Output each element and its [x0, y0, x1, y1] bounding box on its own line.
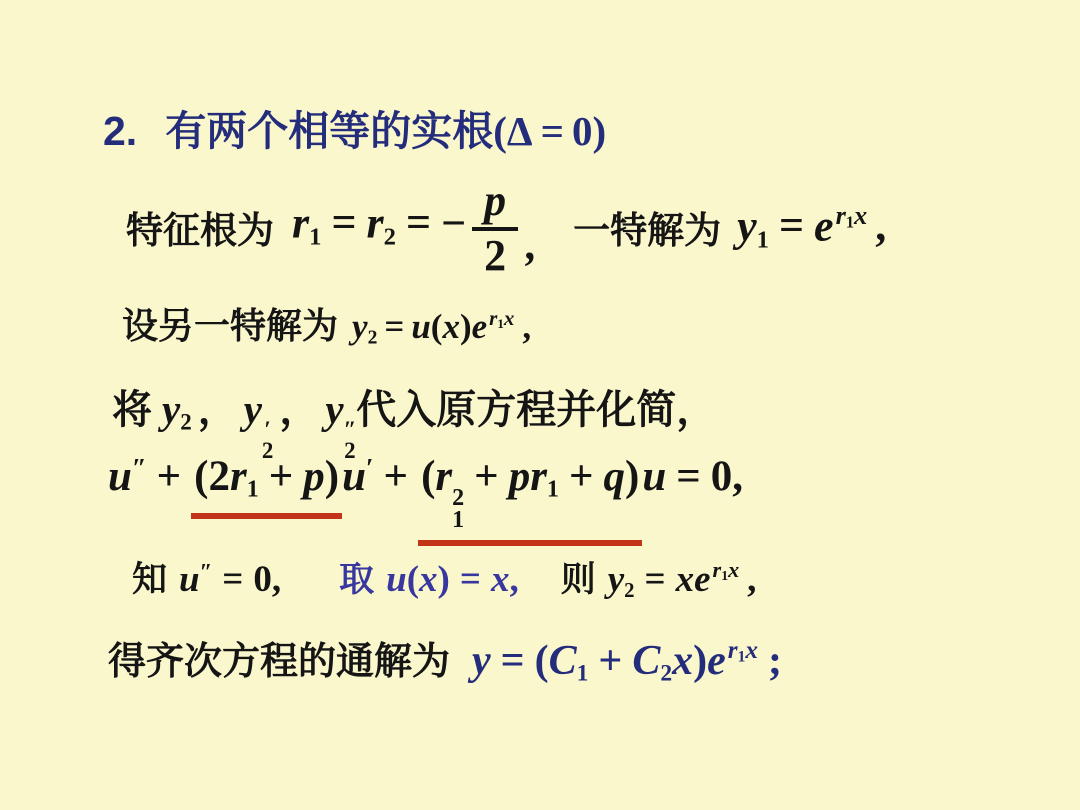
math-token: y: [608, 559, 624, 600]
equals-sign: =: [460, 559, 481, 600]
math-token: y: [325, 386, 343, 432]
paren-close: ): [625, 453, 639, 500]
math-token: r: [367, 198, 384, 247]
paren-close: ): [693, 638, 707, 684]
exponent-r1x: r1x: [713, 557, 740, 582]
label-characteristic-roots: 特征根为: [126, 200, 274, 254]
math-subscript: 1: [846, 212, 854, 231]
formula-y2-double-prime-token: y″2: [325, 386, 356, 432]
fraction-numerator: p: [472, 177, 518, 231]
math-token: C: [549, 638, 577, 684]
comma: ,: [522, 307, 531, 346]
math-token: 0,: [253, 559, 281, 600]
slide-title: 2.有两个相等的实根(Δ=0): [103, 98, 606, 157]
formula-roots: r1=r2=−p2: [292, 177, 524, 278]
math-token: u: [342, 453, 366, 500]
math-subscript: 2: [624, 580, 634, 602]
comma: ,: [526, 219, 537, 270]
math-token: 2: [209, 453, 231, 500]
take-segment: 取u(x)=x,: [339, 560, 519, 599]
label-particular-solution: 一特解为: [573, 200, 721, 254]
plus-sign: +: [598, 638, 622, 684]
math-token: e: [707, 638, 726, 684]
slide: 2.有两个相等的实根(Δ=0) 特征根为 r1=r2=−p2 , 一特解为 y1…: [0, 0, 1080, 810]
formula-u-double-prime: u″=0,: [179, 559, 281, 600]
semicolon: ;: [768, 638, 782, 684]
exponent-r1x: r1x: [728, 637, 758, 664]
math-subscript: 1: [247, 477, 259, 503]
math-subscript: 2: [368, 327, 378, 348]
paren-close: ): [592, 108, 606, 154]
label-take: 取: [339, 560, 374, 599]
plus-sign: +: [157, 453, 182, 500]
math-token: r: [530, 453, 547, 500]
math-subscript: 1: [309, 223, 321, 250]
math-token: r: [728, 637, 738, 664]
comma: ,: [875, 201, 886, 250]
then-segment: 则y2=xer1x,: [561, 560, 757, 599]
math-token: p: [303, 453, 325, 500]
equals-sign: =: [676, 453, 701, 500]
paren-open: (: [431, 307, 443, 346]
superscript-over-subscript: 21: [452, 488, 464, 531]
exponent-r1x: r1x: [489, 306, 514, 330]
math-token: y: [352, 307, 368, 346]
title-text: 有两个相等的实根: [165, 108, 493, 154]
paren-close: ): [460, 307, 472, 346]
math-subscript: 2: [180, 409, 191, 434]
math-token: x: [728, 557, 739, 582]
math-subscript: 1: [757, 226, 769, 253]
double-prime-mark: ″: [200, 560, 213, 585]
math-token: y: [162, 386, 180, 432]
red-underlined-group-1: (2r1+p): [191, 452, 342, 519]
math-token: x: [442, 307, 460, 346]
label-then: 则: [561, 560, 596, 599]
equals-sign: =: [501, 638, 525, 684]
formula-u-of-x: u(x)=x,: [386, 559, 519, 600]
math-token: x: [676, 559, 695, 600]
math-token: x: [504, 306, 515, 330]
delta-symbol: Δ: [507, 108, 533, 154]
plus-sign: +: [569, 453, 594, 500]
comma: ,: [747, 559, 756, 600]
equals-sign: =: [406, 198, 431, 247]
math-token: r: [435, 453, 452, 500]
plus-sign: +: [474, 453, 499, 500]
comma: ,: [509, 559, 518, 600]
math-token: y: [472, 638, 491, 684]
math-token: u: [411, 307, 430, 346]
plus-sign: +: [269, 453, 294, 500]
math-token: r: [292, 198, 309, 247]
paren-close: ): [325, 453, 339, 500]
math-token: C: [632, 638, 660, 684]
equals-sign: =: [331, 198, 356, 247]
paren-open: (: [493, 108, 507, 154]
math-subscript: 1: [547, 477, 559, 503]
math-token: x: [745, 637, 758, 664]
characteristic-roots-line: 特征根为 r1=r2=−p2 , 一特解为 y1=er1x,: [126, 170, 886, 284]
math-token: e: [472, 307, 488, 346]
math-token: e: [694, 559, 710, 600]
title-delta-condition: (Δ=0): [493, 108, 606, 154]
math-token: x: [672, 638, 693, 684]
math-token: x: [854, 200, 867, 230]
math-token: r: [836, 200, 846, 230]
math-token: r: [230, 453, 247, 500]
paren-open: (: [194, 453, 208, 500]
substitute-line: 将y2，y′2，y″2代入原方程并化简，: [112, 378, 716, 462]
math-token: y: [737, 201, 757, 250]
plus-sign: +: [384, 453, 409, 500]
math-token: x: [419, 559, 438, 600]
paren-open: (: [421, 453, 435, 500]
math-token: x: [491, 559, 510, 600]
red-underlined-group-2: (r21+pr1+q): [418, 452, 642, 546]
equals-sign: =: [645, 559, 666, 600]
label-substitute: 将: [112, 388, 152, 432]
math-token: r: [713, 557, 722, 582]
paren-close: ): [438, 559, 450, 600]
label-know: 知: [132, 560, 167, 599]
formula-general-solution: y=(C1+C2x)er1x;: [472, 638, 782, 684]
math-token: p: [509, 453, 531, 500]
paren-open: (: [535, 638, 549, 684]
chinese-comma: ，: [198, 388, 238, 432]
chinese-comma: ，: [279, 388, 319, 432]
math-subscript: 1: [452, 510, 464, 532]
label-simplify: 代入原方程并化简，: [356, 388, 716, 432]
double-prime-mark: ″: [132, 453, 147, 483]
math-token: 0: [572, 108, 593, 154]
math-token: 0,: [711, 453, 743, 500]
conclusion-line: 知u″=0,取u(x)=x,则y2=xer1x,: [132, 552, 756, 603]
general-solution-line: 得齐次方程的通解为y=(C1+C2x)er1x;: [108, 630, 782, 688]
prime-mark: ′: [366, 453, 374, 483]
math-token: u: [642, 453, 666, 500]
formula-y2-prime-token: y′2: [244, 386, 274, 432]
paren-open: (: [407, 559, 419, 600]
label-assume-solution: 设另一特解为: [122, 305, 338, 346]
math-subscript: 2: [660, 661, 672, 687]
math-token: e: [814, 201, 834, 250]
equals-sign: =: [779, 201, 804, 250]
exponent-r1x: r1x: [836, 200, 868, 230]
minus-sign: −: [441, 198, 466, 247]
formula-y1: y1=er1x,: [737, 200, 886, 254]
formula-y2-result: y2=xer1x,: [608, 559, 757, 600]
title-number: 2.: [103, 108, 137, 154]
math-token: u: [386, 559, 407, 600]
equals-sign: =: [222, 559, 243, 600]
second-solution-line: 设另一特解为y2=u(x)er1x,: [122, 298, 531, 349]
math-subscript: 2: [384, 223, 396, 250]
math-token: q: [603, 453, 625, 500]
math-subscript: 1: [577, 661, 589, 687]
math-token: u: [179, 559, 200, 600]
equals-sign: =: [541, 108, 564, 154]
formula-y2: y2=u(x)er1x,: [352, 307, 531, 346]
formula-y2-token: y2: [162, 386, 192, 432]
fraction-p-over-2: p2: [472, 177, 518, 278]
math-token: u: [108, 453, 132, 500]
label-general-solution: 得齐次方程的通解为: [108, 641, 450, 683]
simplified-equation-line: u″+(2r1+p)u′+(r21+pr1+q)u=0,: [108, 452, 743, 546]
equals-sign: =: [384, 307, 404, 346]
fraction-denominator: 2: [472, 231, 518, 278]
math-token: y: [244, 386, 262, 432]
